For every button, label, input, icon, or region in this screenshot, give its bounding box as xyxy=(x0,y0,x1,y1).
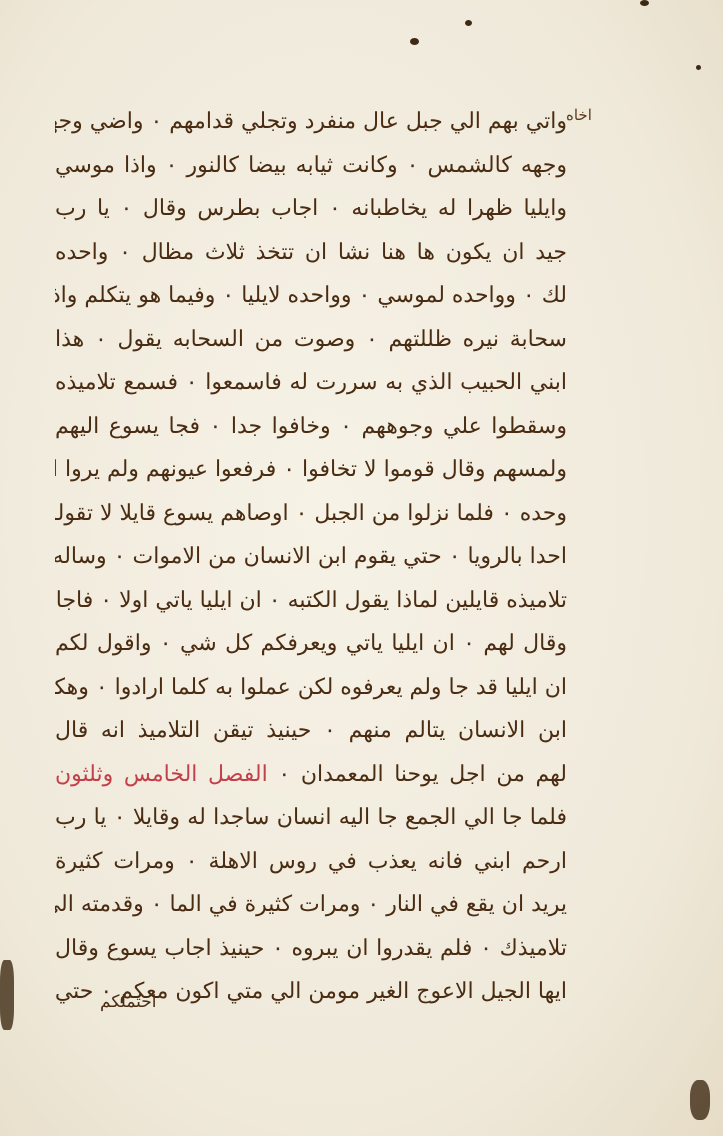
text-line: وسقطوا علي وجوههم ۰ وخافوا جدا ۰ فجا يسو… xyxy=(55,405,567,449)
text-line: احدا بالرويا ۰ حتي يقوم ابن الانسان من ا… xyxy=(55,535,567,579)
text-line: لك ۰ وواحده لموسي ۰ وواحده لايليا ۰ وفيم… xyxy=(55,274,567,318)
text-block: واتي بهم الي جبل عال منفرد وتجلي قدامهم … xyxy=(55,100,567,1014)
text-line: جيد ان يكون ها هنا نشا ان تتخذ ثلاث مظال… xyxy=(55,231,567,275)
text-line: وجهه كالشمس ۰ وكانت ثيابه بيضا كالنور ۰ … xyxy=(55,144,567,188)
text-line: يريد ان يقع في النار ۰ ومرات كثيرة في ال… xyxy=(55,883,567,927)
ink-stain xyxy=(640,0,649,6)
text-line: واتي بهم الي جبل عال منفرد وتجلي قدامهم … xyxy=(55,100,567,144)
ink-stain xyxy=(690,1080,710,1120)
text-line: تلاميذك ۰ فلم يقدروا ان يبروه ۰ حينيذ اج… xyxy=(55,927,567,971)
ink-stain xyxy=(0,960,14,1030)
text-line: ولمسهم وقال قوموا لا تخافوا ۰ فرفعوا عيو… xyxy=(55,448,567,492)
text-line: وقال لهم ۰ ان ايليا ياتي ويعرفكم كل شي ۰… xyxy=(55,622,567,666)
text-segment: لهم من اجل يوحنا المعمدان ۰ xyxy=(278,762,567,787)
text-line: فلما جا الي الجمع جا اليه انسان ساجدا له… xyxy=(55,796,567,840)
ink-stain xyxy=(696,65,701,70)
catchword: احتملكم xyxy=(100,992,157,1012)
text-line: ان ايليا قد جا ولم يعرفوه لكن عملوا به ك… xyxy=(55,666,567,710)
text-line-with-chapter-heading: لهم من اجل يوحنا المعمدان ۰ الفصل الخامس… xyxy=(55,753,567,797)
text-line: ارحم ابني فانه يعذب في روس الاهلة ۰ ومرا… xyxy=(55,840,567,884)
ink-stain xyxy=(410,38,419,45)
text-line: ابن الانسان يتالم منهم ۰ حينيذ تيقن التل… xyxy=(55,709,567,753)
manuscript-page: اخاه واتي بهم الي جبل عال منفرد وتجلي قد… xyxy=(0,0,723,1136)
text-line: وايليا ظهرا له يخاطبانه ۰ اجاب بطرس وقال… xyxy=(55,187,567,231)
text-line: ابني الحبيب الذي به سررت له فاسمعوا ۰ فس… xyxy=(55,361,567,405)
text-line: سحابة نيره ظللتهم ۰ وصوت من السحابه يقول… xyxy=(55,318,567,362)
text-line: وحده ۰ فلما نزلوا من الجبل ۰ اوصاهم يسوع… xyxy=(55,492,567,536)
ink-stain xyxy=(465,20,472,26)
margin-note: اخاه xyxy=(566,106,592,124)
text-line: تلاميذه قايلين لماذا يقول الكتبه ۰ ان اي… xyxy=(55,579,567,623)
chapter-heading: الفصل الخامس وثلثون xyxy=(55,762,268,787)
